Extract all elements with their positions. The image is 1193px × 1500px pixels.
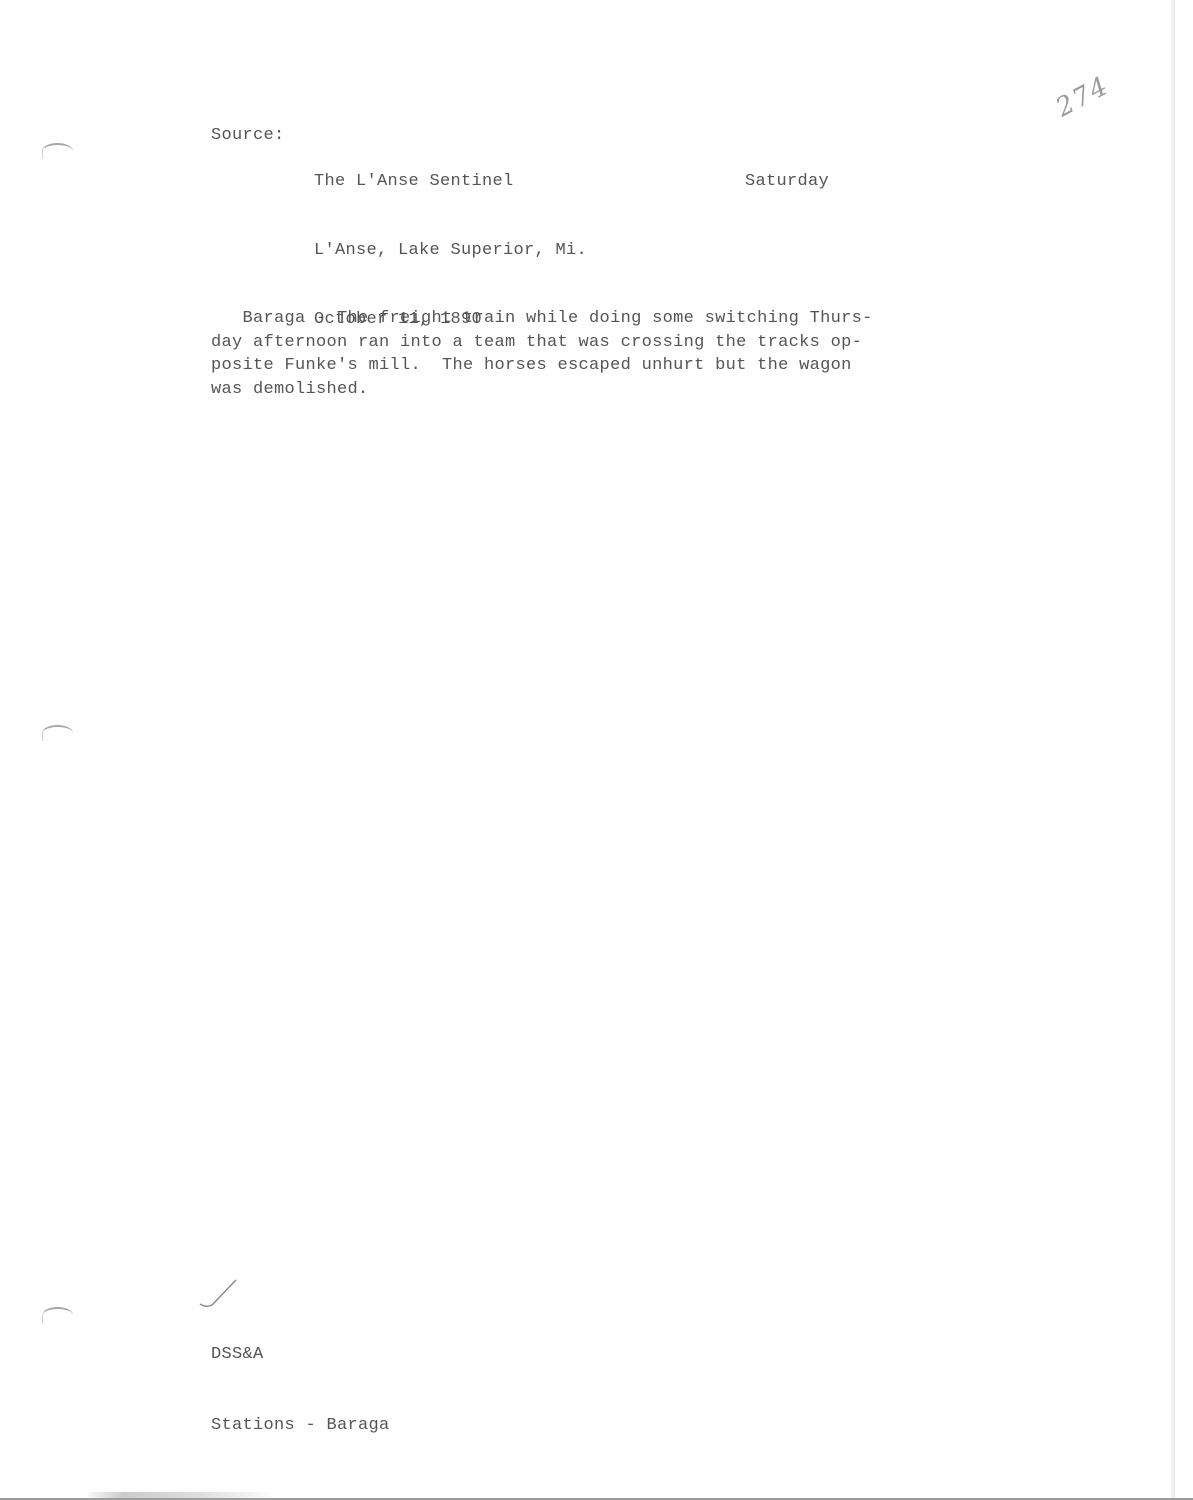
article-line: day afternoon ran into a team that was c… xyxy=(211,331,931,355)
article-line: posite Funke's mill. The horses escaped … xyxy=(211,354,931,378)
page-edge-shadow xyxy=(1171,0,1175,1500)
article-line: was demolished. xyxy=(211,378,931,402)
article-line: Baraga - The freight train while doing s… xyxy=(211,307,931,331)
source-day: Saturday xyxy=(745,170,829,193)
binder-hole-mark-top xyxy=(42,143,73,159)
source-location: L'Anse, Lake Superior, Mi. xyxy=(314,239,587,262)
source-label: Source: xyxy=(211,124,285,147)
article-body: Baraga - The freight train while doing s… xyxy=(211,307,931,401)
footer-railway: DSS&A xyxy=(211,1342,390,1367)
binder-hole-mark-bottom xyxy=(42,1307,73,1323)
scan-smudge xyxy=(85,1492,275,1498)
binder-hole-mark-middle xyxy=(42,725,73,741)
scanned-document-page: 274 Source: The L'Anse Sentinel L'Anse, … xyxy=(0,0,1193,1500)
footer-classification: DSS&A Stations - Baraga xyxy=(211,1296,390,1484)
footer-category: Stations - Baraga xyxy=(211,1413,390,1438)
handwritten-page-number: 274 xyxy=(1051,71,1114,124)
source-publication: The L'Anse Sentinel xyxy=(314,170,587,193)
